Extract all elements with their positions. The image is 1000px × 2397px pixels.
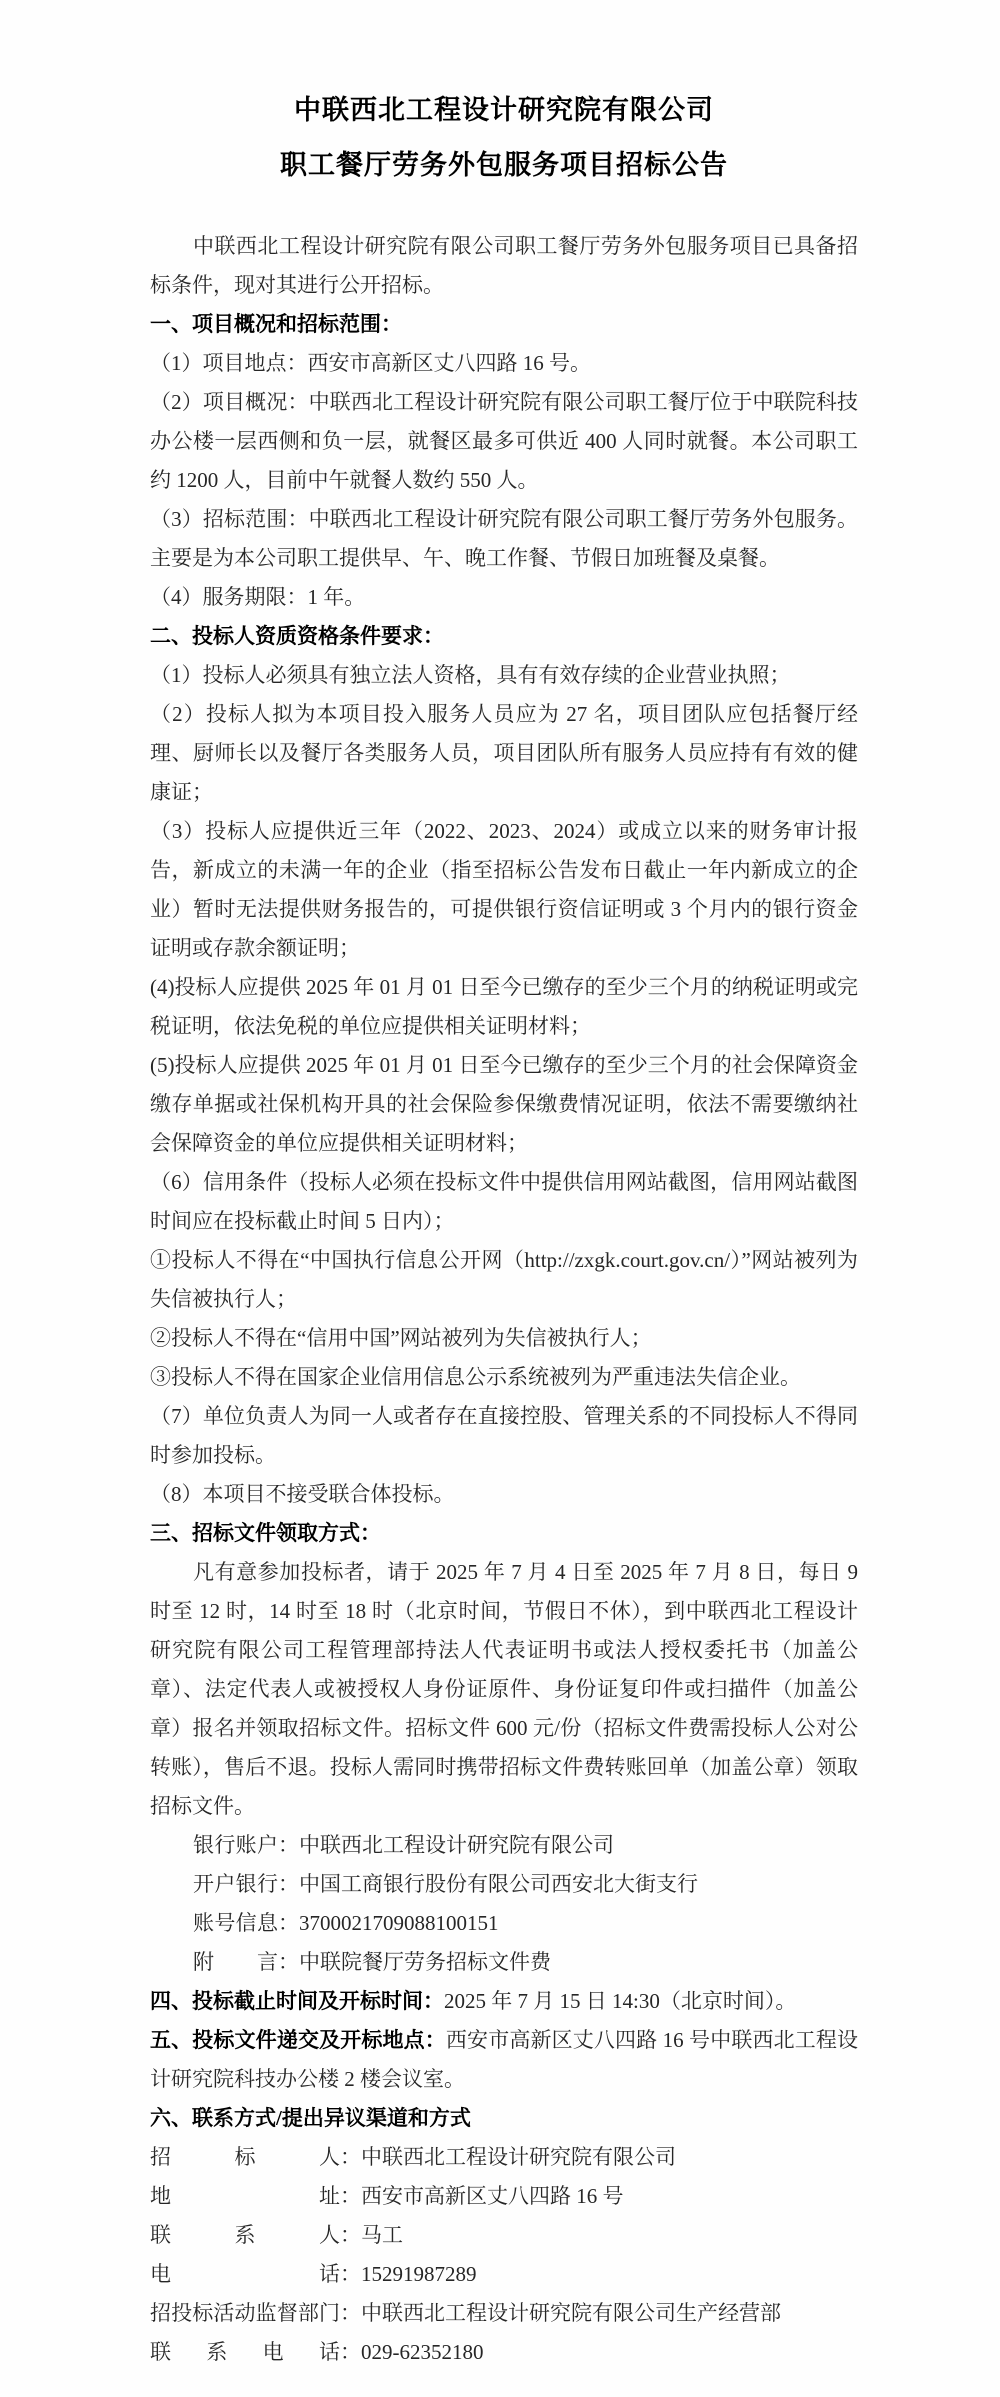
bank-account-number-label: 账号信息 (193, 1904, 278, 1943)
contact-person-label: 联系人 (150, 2216, 340, 2255)
overview-item-1: （1）项目地点：西安市高新区丈八四路 16 号。 (150, 344, 858, 383)
bank-branch-value: 中国工商银行股份有限公司西安北大街支行 (299, 1872, 698, 1896)
colon: ： (340, 2145, 361, 2169)
intro-paragraph: 中联西北工程设计研究院有限公司职工餐厅劳务外包服务项目已具备招标条件，现对其进行… (150, 227, 858, 305)
document-title-line-1: 中联西北工程设计研究院有限公司 (150, 83, 858, 138)
bank-account-name-value: 中联西北工程设计研究院有限公司 (299, 1833, 614, 1857)
colon: ： (340, 2184, 361, 2208)
qualification-item-6: （6）信用条件（投标人必须在投标文件中提供信用网站截图，信用网站截图时间应在投标… (150, 1163, 858, 1241)
bank-branch-row: 开户银行：中国工商银行股份有限公司西安北大街支行 (193, 1865, 858, 1904)
colon: ： (278, 1950, 299, 1974)
overview-item-4: （4）服务期限：1 年。 (150, 578, 858, 617)
qualification-item-4: (4)投标人应提供 2025 年 01 月 01 日至今已缴存的至少三个月的纳税… (150, 968, 858, 1046)
bank-account-number-row: 账号信息：3700021709088100151 (193, 1904, 858, 1943)
overview-item-3: （3）招标范围：中联西北工程设计研究院有限公司职工餐厅劳务外包服务。主要是为本公… (150, 500, 858, 578)
bank-account-number-value: 3700021709088100151 (299, 1911, 499, 1935)
bank-info-block: 银行账户：中联西北工程设计研究院有限公司 开户银行：中国工商银行股份有限公司西安… (193, 1826, 858, 1982)
tender-announcement-page: 中联西北工程设计研究院有限公司 职工餐厅劳务外包服务项目招标公告 中联西北工程设… (0, 0, 1000, 2397)
bank-branch-label: 开户银行 (193, 1865, 278, 1904)
bank-account-name-row: 银行账户：中联西北工程设计研究院有限公司 (193, 1826, 858, 1865)
supervision-dept-row: 招投标活动监督部门：中联西北工程设计研究院有限公司生产经营部 (150, 2294, 858, 2333)
qualification-credit-item-1: ①投标人不得在“中国执行信息公开网（http://zxgk.court.gov.… (150, 1241, 858, 1319)
supervision-phone-row: 联系电话：029-62352180 (150, 2333, 858, 2372)
qualification-item-7: （7）单位负责人为同一人或者存在直接控股、管理关系的不同投标人不得同时参加投标。 (150, 1397, 858, 1475)
section-overview-heading: 一、项目概况和招标范围： (150, 305, 858, 344)
phone-row: 电话：15291987289 (150, 2255, 858, 2294)
bank-memo-row: 附言：中联院餐厅劳务招标文件费 (193, 1943, 858, 1982)
phone-value: 15291987289 (361, 2262, 477, 2286)
phone-label: 电话 (150, 2255, 340, 2294)
supervision-dept-label: 招投标活动监督部门 (150, 2294, 340, 2333)
section-venue-heading: 五、投标文件递交及开标地点： (150, 2028, 446, 2052)
section-deadline-heading: 四、投标截止时间及开标时间： (150, 1989, 444, 2013)
section-qualification-heading: 二、投标人资质资格条件要求： (150, 617, 858, 656)
contact-person-row: 联系人：马工 (150, 2216, 858, 2255)
qualification-item-8: （8）本项目不接受联合体投标。 (150, 1475, 858, 1514)
document-title-line-2: 职工餐厅劳务外包服务项目招标公告 (150, 138, 858, 193)
qualification-item-5: (5)投标人应提供 2025 年 01 月 01 日至今已缴存的至少三个月的社会… (150, 1046, 858, 1163)
colon: ： (278, 1872, 299, 1896)
colon: ： (340, 2301, 361, 2325)
doc-pickup-paragraph: 凡有意参加投标者，请于 2025 年 7 月 4 日至 2025 年 7 月 8… (150, 1553, 858, 1826)
qualification-item-1: （1）投标人必须具有独立法人资格，具有有效存续的企业营业执照； (150, 656, 858, 695)
bank-memo-label: 附言 (193, 1943, 278, 1982)
tenderee-label: 招标人 (150, 2138, 340, 2177)
tenderee-row: 招标人：中联西北工程设计研究院有限公司 (150, 2138, 858, 2177)
supervision-phone-label: 联系电话 (150, 2333, 340, 2372)
bank-account-name-label: 银行账户 (193, 1826, 278, 1865)
section-venue: 五、投标文件递交及开标地点：西安市高新区丈八四路 16 号中联西北工程设计研究院… (150, 2021, 858, 2099)
section-doc-pickup-heading: 三、招标文件领取方式： (150, 1514, 858, 1553)
supervision-phone-value: 029-62352180 (361, 2340, 484, 2364)
section-contact-heading: 六、联系方式/提出异议渠道和方式 (150, 2099, 858, 2138)
address-value: 西安市高新区丈八四路 16 号 (361, 2184, 624, 2208)
colon: ： (340, 2223, 361, 2247)
qualification-credit-item-3: ③投标人不得在国家企业信用信息公示系统被列为严重违法失信企业。 (150, 1358, 858, 1397)
overview-item-2: （2）项目概况：中联西北工程设计研究院有限公司职工餐厅位于中联院科技办公楼一层西… (150, 383, 858, 500)
address-row: 地址：西安市高新区丈八四路 16 号 (150, 2177, 858, 2216)
colon: ： (340, 2262, 361, 2286)
colon: ： (278, 1911, 299, 1935)
qualification-item-3: （3）投标人应提供近三年（2022、2023、2024）或成立以来的财务审计报告… (150, 812, 858, 968)
supervision-dept-value: 中联西北工程设计研究院有限公司生产经营部 (361, 2301, 781, 2325)
bank-memo-value: 中联院餐厅劳务招标文件费 (299, 1950, 551, 1974)
document-title-block: 中联西北工程设计研究院有限公司 职工餐厅劳务外包服务项目招标公告 (150, 83, 858, 193)
qualification-credit-item-2: ②投标人不得在“信用中国”网站被列为失信被执行人； (150, 1319, 858, 1358)
section-deadline-text: 2025 年 7 月 15 日 14:30（北京时间）。 (444, 1989, 796, 2013)
contact-block: 招标人：中联西北工程设计研究院有限公司 地址：西安市高新区丈八四路 16 号 联… (150, 2138, 858, 2372)
contact-person-value: 马工 (361, 2223, 403, 2247)
tenderee-value: 中联西北工程设计研究院有限公司 (361, 2145, 676, 2169)
section-deadline: 四、投标截止时间及开标时间：2025 年 7 月 15 日 14:30（北京时间… (150, 1982, 858, 2021)
address-label: 地址 (150, 2177, 340, 2216)
colon: ： (340, 2340, 361, 2364)
qualification-item-2: （2）投标人拟为本项目投入服务人员应为 27 名，项目团队应包括餐厅经理、厨师长… (150, 695, 858, 812)
colon: ： (278, 1833, 299, 1857)
